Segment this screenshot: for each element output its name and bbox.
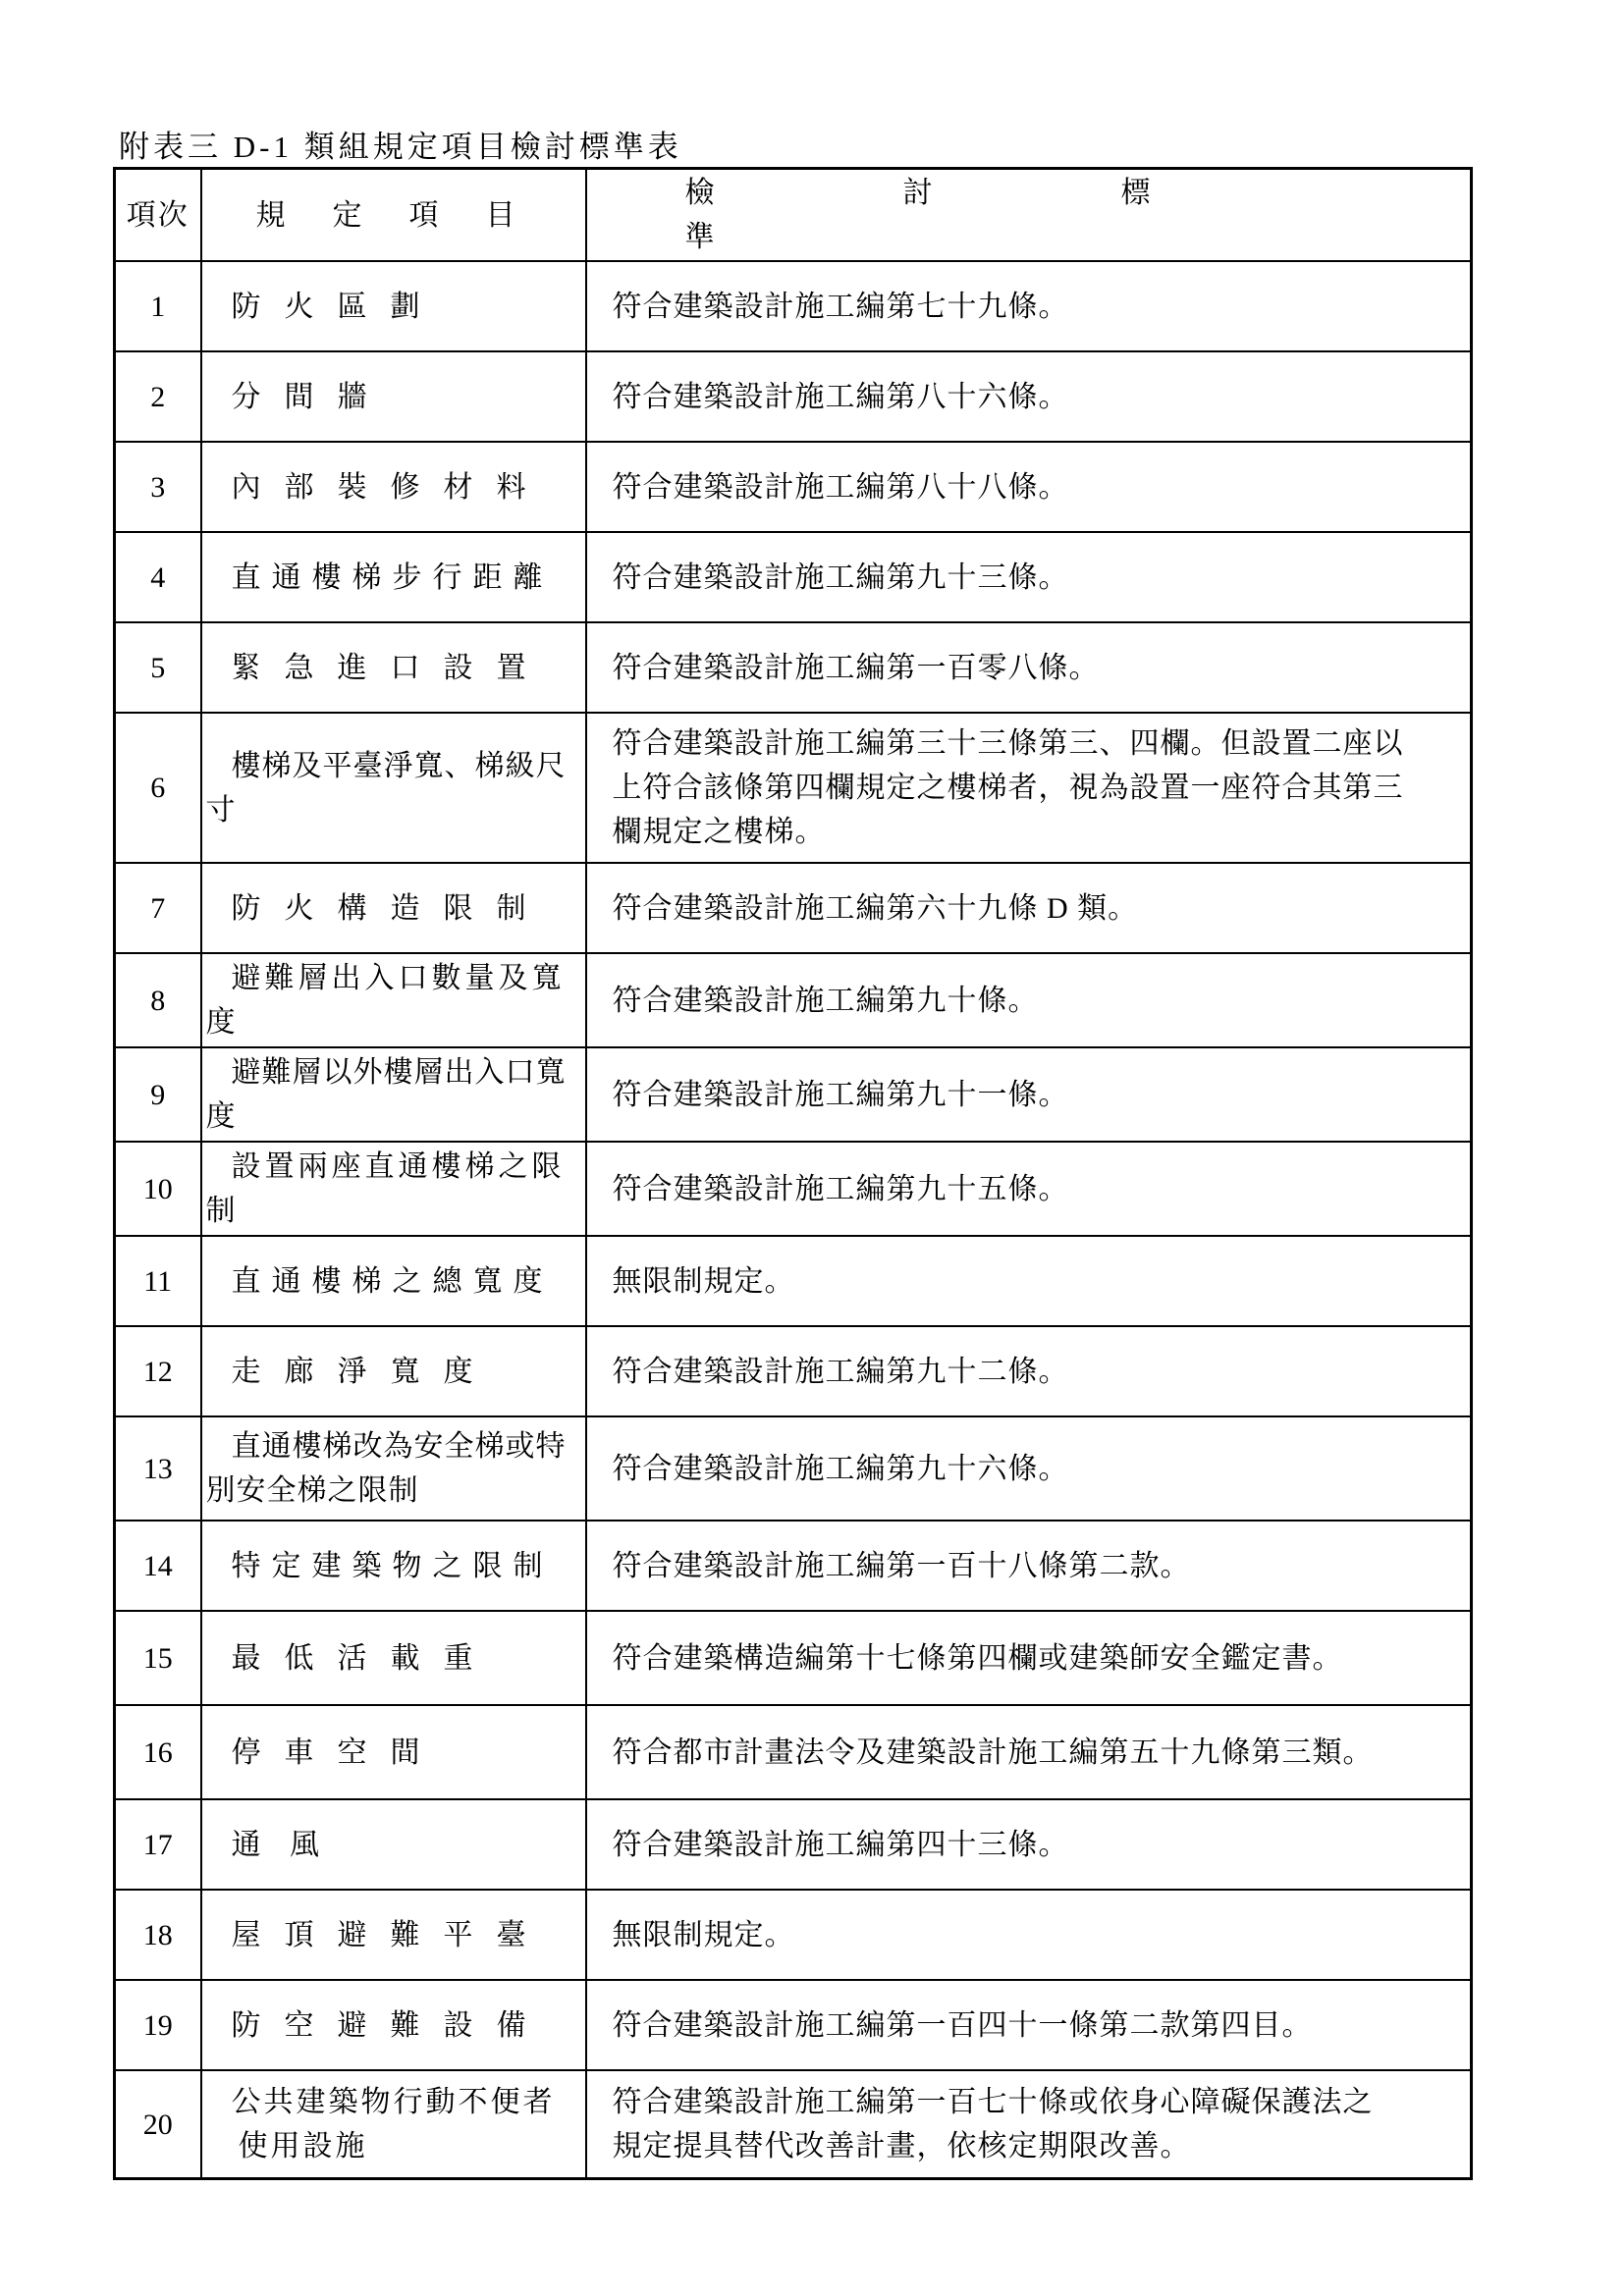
row-standard-cell: 符合建築構造編第十七條第四欄或建築師安全鑑定書。	[586, 1611, 1472, 1705]
row-standard-cell: 符合建築設計施工編第一百零八條。	[586, 622, 1472, 713]
header-item: 規定項目	[201, 169, 586, 262]
row-no-cell: 11	[115, 1236, 201, 1326]
row-no-cell: 20	[115, 2070, 201, 2179]
row-standard-cell: 無限制規定。	[586, 1890, 1472, 1980]
row-no-cell: 7	[115, 863, 201, 953]
table-row: 3 內部裝修材料 符合建築設計施工編第八十八條。	[115, 442, 1472, 532]
row-standard-cell: 符合建築設計施工編第三十三條第三、四欄。但設置二座以 上符合該條第四欄規定之樓梯…	[586, 713, 1472, 863]
row-no-cell: 5	[115, 622, 201, 713]
row-no-cell: 15	[115, 1611, 201, 1705]
row-standard-cell: 符合建築設計施工編第八十八條。	[586, 442, 1472, 532]
row-standard-cell: 符合都市計畫法令及建築設計施工編第五十九條第三類。	[586, 1705, 1472, 1799]
row-item-cell: 防火區劃	[201, 261, 586, 351]
table-row: 4 直通樓梯步行距離 符合建築設計施工編第九十三條。	[115, 532, 1472, 622]
row-item-cell: 停車空間	[201, 1705, 586, 1799]
table-row: 20 公共建築物行動不便者 使用設施 符合建築設計施工編第一百七十條或依身心障礙…	[115, 2070, 1472, 2179]
row-standard-cell: 符合建築設計施工編第四十三條。	[586, 1799, 1472, 1890]
table-row: 15 最低活載重 符合建築構造編第十七條第四欄或建築師安全鑑定書。	[115, 1611, 1472, 1705]
table-row: 14 特定建築物之限制 符合建築設計施工編第一百十八條第二款。	[115, 1521, 1472, 1611]
row-standard-cell: 符合建築設計施工編第六十九條 D 類。	[586, 863, 1472, 953]
table-row: 9 避難層以外樓層出入口寬 度 符合建築設計施工編第九十一條。	[115, 1047, 1472, 1142]
row-item-cell: 分間牆	[201, 351, 586, 442]
table-row: 11 直通樓梯之總寬度 無限制規定。	[115, 1236, 1472, 1326]
row-item-cell: 避難層出入口數量及寬 度	[201, 953, 586, 1047]
row-no-cell: 12	[115, 1326, 201, 1416]
row-no-cell: 14	[115, 1521, 201, 1611]
standards-table: 項次 規定項目 檢討標準 1 防火區劃 符合建築設計施工編第七十九條。 2 分間…	[113, 167, 1473, 2180]
doc-title: 附表三 D-1 類組規定項目檢討標準表	[119, 122, 682, 166]
row-standard-cell: 符合建築設計施工編第一百七十條或依身心障礙保護法之 規定提具替代改善計畫，依核定…	[586, 2070, 1472, 2179]
row-no-cell: 17	[115, 1799, 201, 1890]
row-item-cell: 最低活載重	[201, 1611, 586, 1705]
table-row: 8 避難層出入口數量及寬 度 符合建築設計施工編第九十條。	[115, 953, 1472, 1047]
row-standard-cell: 符合建築設計施工編第一百十八條第二款。	[586, 1521, 1472, 1611]
document-page: 附表三 D-1 類組規定項目檢討標準表 項次 規定項目 檢討標準 1 防火區劃 …	[0, 0, 1624, 2296]
header-standard: 檢討標準	[586, 169, 1472, 262]
row-no-cell: 18	[115, 1890, 201, 1980]
row-item-cell: 公共建築物行動不便者 使用設施	[201, 2070, 586, 2179]
row-standard-cell: 符合建築設計施工編第一百四十一條第二款第四目。	[586, 1980, 1472, 2070]
row-standard-cell: 符合建築設計施工編第九十條。	[586, 953, 1472, 1047]
row-item-cell: 特定建築物之限制	[201, 1521, 586, 1611]
row-standard-cell: 符合建築設計施工編第九十六條。	[586, 1416, 1472, 1521]
row-item-cell: 直通樓梯步行距離	[201, 532, 586, 622]
row-no-cell: 9	[115, 1047, 201, 1142]
row-no-cell: 3	[115, 442, 201, 532]
table-row: 1 防火區劃 符合建築設計施工編第七十九條。	[115, 261, 1472, 351]
table-row: 12 走廊淨寬度 符合建築設計施工編第九十二條。	[115, 1326, 1472, 1416]
row-no-cell: 13	[115, 1416, 201, 1521]
row-no-cell: 10	[115, 1142, 201, 1236]
row-item-cell: 避難層以外樓層出入口寬 度	[201, 1047, 586, 1142]
row-standard-cell: 符合建築設計施工編第九十二條。	[586, 1326, 1472, 1416]
table-row: 6 樓梯及平臺淨寬、梯級尺 寸 符合建築設計施工編第三十三條第三、四欄。但設置二…	[115, 713, 1472, 863]
row-item-cell: 樓梯及平臺淨寬、梯級尺 寸	[201, 713, 586, 863]
row-no-cell: 16	[115, 1705, 201, 1799]
row-item-cell: 內部裝修材料	[201, 442, 586, 532]
row-standard-cell: 符合建築設計施工編第八十六條。	[586, 351, 1472, 442]
row-no-cell: 2	[115, 351, 201, 442]
row-item-cell: 通 風	[201, 1799, 586, 1890]
row-standard-cell: 符合建築設計施工編第九十三條。	[586, 532, 1472, 622]
table-row: 18 屋頂避難平臺 無限制規定。	[115, 1890, 1472, 1980]
row-item-cell: 設置兩座直通樓梯之限 制	[201, 1142, 586, 1236]
table-row: 7 防火構造限制 符合建築設計施工編第六十九條 D 類。	[115, 863, 1472, 953]
table-row: 10 設置兩座直通樓梯之限 制 符合建築設計施工編第九十五條。	[115, 1142, 1472, 1236]
row-standard-cell: 符合建築設計施工編第九十一條。	[586, 1047, 1472, 1142]
row-item-cell: 直通樓梯改為安全梯或特 別安全梯之限制	[201, 1416, 586, 1521]
row-item-cell: 走廊淨寬度	[201, 1326, 586, 1416]
row-item-cell: 緊急進口設置	[201, 622, 586, 713]
table-row: 17 通 風 符合建築設計施工編第四十三條。	[115, 1799, 1472, 1890]
table-row: 2 分間牆 符合建築設計施工編第八十六條。	[115, 351, 1472, 442]
row-item-cell: 屋頂避難平臺	[201, 1890, 586, 1980]
table-row: 13 直通樓梯改為安全梯或特 別安全梯之限制 符合建築設計施工編第九十六條。	[115, 1416, 1472, 1521]
header-row: 項次 規定項目 檢討標準	[115, 169, 1472, 262]
row-item-cell: 防火構造限制	[201, 863, 586, 953]
row-standard-cell: 無限制規定。	[586, 1236, 1472, 1326]
row-standard-cell: 符合建築設計施工編第七十九條。	[586, 261, 1472, 351]
table-row: 16 停車空間 符合都市計畫法令及建築設計施工編第五十九條第三類。	[115, 1705, 1472, 1799]
row-no-cell: 1	[115, 261, 201, 351]
row-item-cell: 防空避難設備	[201, 1980, 586, 2070]
table-row: 5 緊急進口設置 符合建築設計施工編第一百零八條。	[115, 622, 1472, 713]
table-row: 19 防空避難設備 符合建築設計施工編第一百四十一條第二款第四目。	[115, 1980, 1472, 2070]
row-no-cell: 6	[115, 713, 201, 863]
row-no-cell: 19	[115, 1980, 201, 2070]
header-no: 項次	[115, 169, 201, 262]
row-item-cell: 直通樓梯之總寬度	[201, 1236, 586, 1326]
row-no-cell: 4	[115, 532, 201, 622]
row-no-cell: 8	[115, 953, 201, 1047]
row-standard-cell: 符合建築設計施工編第九十五條。	[586, 1142, 1472, 1236]
